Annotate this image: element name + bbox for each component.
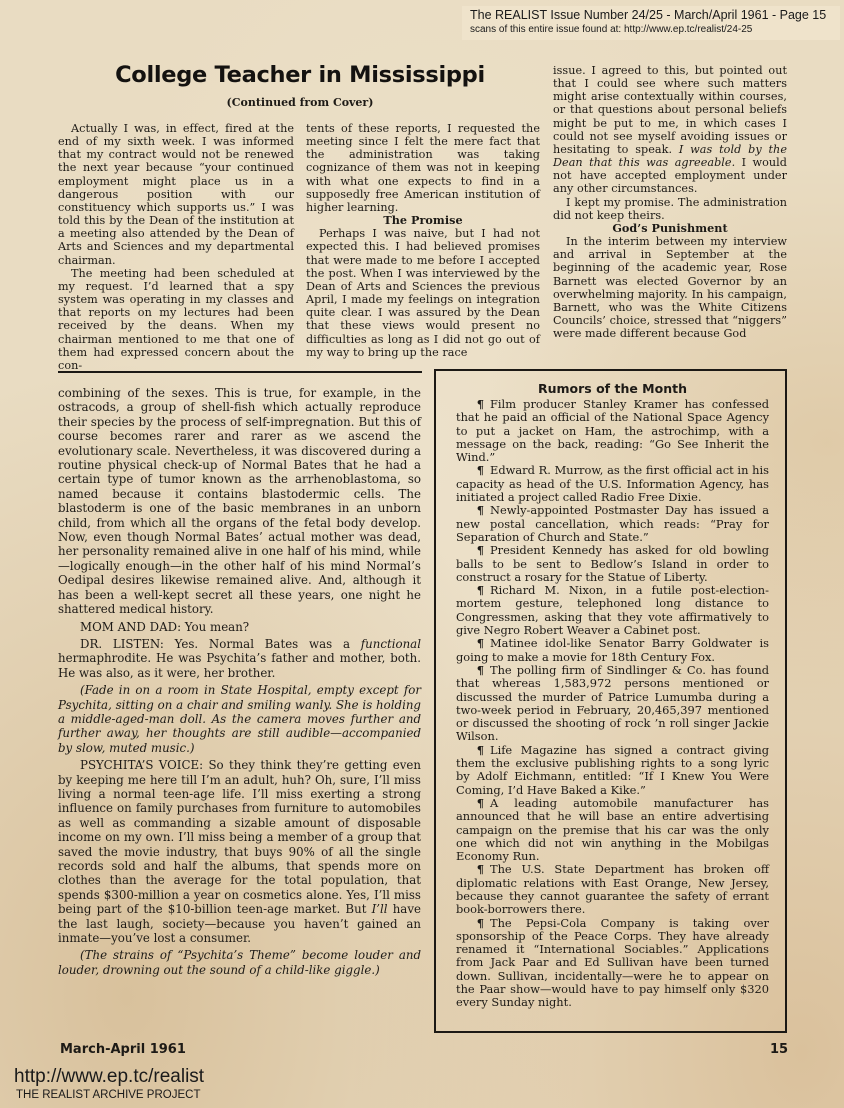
pilcrow-icon: ¶ [464,744,484,757]
italic-text: I’ll [372,902,388,916]
dialogue-line: PSYCHITA’S VOICE: So they think they’re … [58,758,421,945]
archive-project-name: THE REALIST ARCHIVE PROJECT [16,1089,200,1101]
dialogue-line: DR. LISTEN: Yes. Normal Bates was a func… [58,637,421,680]
rumor-text: President Kennedy has asked for old bowl… [456,543,769,584]
rumor-item: ¶Film producer Stanley Kramer has confes… [456,398,769,464]
paragraph: Perhaps I was naive, but I had not expec… [306,227,540,359]
paragraph: I kept my promise. The administration di… [553,196,787,222]
italic-text: functional [361,637,421,651]
article-column-3: issue. I agreed to this, but pointed out… [553,64,787,340]
rumor-text: Film producer Stanley Kramer has confess… [456,397,769,464]
issue-line: The REALIST Issue Number 24/25 - March/A… [470,8,832,23]
footer-issue-date: March-April 1961 [60,1042,186,1057]
paragraph: tents of these reports, I requested the … [306,122,540,214]
rumor-text: A leading automobile manufacturer has an… [456,796,769,863]
rumor-item: ¶Life Magazine has signed a contract giv… [456,744,769,797]
pilcrow-icon: ¶ [464,464,484,477]
article-column-2: tents of these reports, I requested the … [306,122,540,359]
archive-url-link[interactable]: http://www.ep.tc/realist [14,1066,204,1088]
dialogue-line: MOM AND DAD: You mean? [58,620,421,634]
rumors-of-the-month-box: Rumors of the Month ¶Film producer Stanl… [434,369,787,1033]
paragraph: In the interim between my interview and … [553,235,787,340]
paragraph: combining of the sexes. This is true, fo… [58,386,421,617]
rumor-text: Edward R. Murrow, as the first official … [456,463,769,504]
rumor-item: ¶A leading automobile manufacturer has a… [456,797,769,863]
rumor-item: ¶Edward R. Murrow, as the first official… [456,464,769,504]
article-subtitle: (Continued from Cover) [60,96,540,109]
pilcrow-icon: ¶ [464,584,484,597]
pilcrow-icon: ¶ [464,664,484,677]
rumor-text: Newly-appointed Postmaster Day has issue… [456,503,769,544]
pilcrow-icon: ¶ [464,863,484,876]
rumor-item: ¶Matinee idol-like Senator Barry Goldwat… [456,637,769,664]
pilcrow-icon: ¶ [464,544,484,557]
pilcrow-icon: ¶ [464,504,484,517]
rumors-title: Rumors of the Month [456,381,769,396]
pilcrow-icon: ¶ [464,398,484,411]
stage-direction: (Fade in on a room in State Hospital, em… [58,683,421,755]
rumor-text: The polling firm of Sindlinger & Co. has… [456,663,769,743]
rumor-item: ¶Newly-appointed Postmaster Day has issu… [456,504,769,544]
rumor-item: ¶President Kennedy has asked for old bow… [456,544,769,584]
pilcrow-icon: ¶ [464,797,484,810]
rumor-item: ¶The U.S. State Department has broken of… [456,863,769,916]
rumor-item: ¶Richard M. Nixon, in a futile post-elec… [456,584,769,637]
rumor-text: Richard M. Nixon, in a futile post-elect… [456,583,769,637]
page-number: 15 [770,1042,788,1057]
text-span: PSYCHITA’S VOICE: So they think they’re … [58,758,421,916]
rumor-item: ¶The polling firm of Sindlinger & Co. ha… [456,664,769,744]
text-span: hermaphrodite. He was Psychita’s father … [58,651,421,679]
scans-link-line: scans of this entire issue found at: htt… [470,23,832,36]
paragraph: Actually I was, in effect, fired at the … [58,122,294,267]
article-column-1: Actually I was, in effect, fired at the … [58,122,294,372]
section-heading-gods-punishment: God’s Punishment [553,222,787,235]
text-span: DR. LISTEN: Yes. Normal Bates was a [80,637,361,651]
article-title: College Teacher in Mississippi [60,62,540,88]
rumor-text: Life Magazine has signed a contract givi… [456,743,769,797]
rumor-item: ¶The Pepsi-Cola Company is taking over s… [456,917,769,1010]
lower-article-column: combining of the sexes. This is true, fo… [58,386,421,980]
stage-direction: (The strains of “Psychita’s Theme” becom… [58,948,421,977]
issue-header-banner: The REALIST Issue Number 24/25 - March/A… [462,6,840,40]
paragraph: The meeting had been scheduled at my req… [58,267,294,372]
rumor-text: The U.S. State Department has broken off… [456,862,769,916]
rumor-text: Matinee idol-like Senator Barry Goldwate… [456,636,769,663]
pilcrow-icon: ¶ [464,917,484,930]
rumor-text: The Pepsi-Cola Company is taking over sp… [456,916,769,1010]
pilcrow-icon: ¶ [464,637,484,650]
section-divider-rule [58,371,422,373]
section-heading-the-promise: The Promise [306,214,540,227]
paragraph: issue. I agreed to this, but pointed out… [553,64,787,196]
